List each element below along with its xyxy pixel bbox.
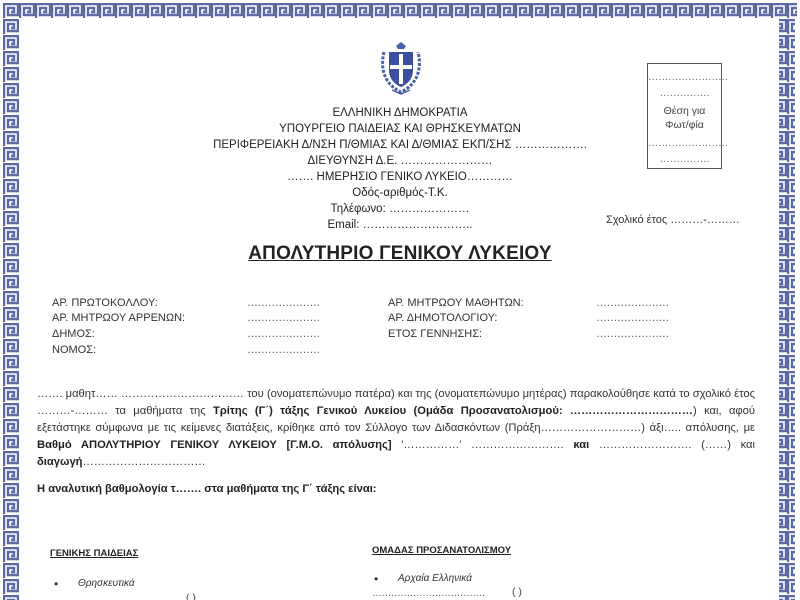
document-title: ΑΠΟΛΥΤΗΡΙΟ ΓΕΝΙΚΟΥ ΛΥΚΕΙΟΥ <box>0 243 800 265</box>
field-label-municipality: ΔΗΜΟΣ: <box>52 328 95 340</box>
subject-ancient-greek: • Αρχαία Ελληνικά <box>398 573 472 584</box>
grade-religion: ( ) <box>186 592 196 600</box>
field-value-male-register: ………………… <box>247 312 320 324</box>
header-line-regional-directorate: ΠΕΡΙΦΕΡΕΙΑΚΗ Δ/ΝΣΗ Π/ΘΜΙΑΣ ΚΑΙ Δ/ΘΜΙΑΣ Ε… <box>200 138 600 154</box>
photo-dots-top2: …………… <box>648 88 721 98</box>
para-bold-3: και <box>573 439 589 451</box>
section-title-general: ΓΕΝΙΚΗΣ ΠΑΙΔΕΙΑΣ <box>50 548 138 559</box>
photo-dots-bottom2: …………… <box>648 154 721 164</box>
header-line-email: Email: ……………………….. <box>200 218 600 234</box>
subject-religion: • Θρησκευτικά <box>78 578 135 589</box>
greek-coat-of-arms-icon <box>378 40 424 98</box>
header-line-ministry: ΥΠΟΥΡΓΕΙΟ ΠΑΙΔΕΙΑΣ ΚΑΙ ΘΡΗΣΚΕΥΜΑΤΩΝ <box>200 122 600 138</box>
photo-placeholder: …………………… …………… Θέση για Φωτ/φία ……………………… <box>647 63 722 169</box>
photo-label-line2: Φωτ/φία <box>648 118 721 132</box>
para-bold-4: διαγωγή <box>37 456 83 468</box>
field-value-citizen-register: ………………… <box>596 312 669 324</box>
header-line-address: Οδός-αριθμός-Τ.Κ. <box>200 186 600 202</box>
header-line-republic: ΕΛΛΗΝΙΚΗ ΔΗΜΟΚΡΑΤΙΑ <box>200 106 600 122</box>
field-label-prefecture: ΝΟΜΟΣ: <box>52 344 96 356</box>
document-page: ΕΛΛΗΝΙΚΗ ΔΗΜΟΚΡΑΤΙΑ ΥΠΟΥΡΓΕΙΟ ΠΑΙΔΕΙΑΣ Κ… <box>0 0 800 600</box>
field-value-birth-year: ………………… <box>596 328 669 340</box>
field-value-student-register: ………………… <box>596 297 669 309</box>
analytic-grades-heading: Η αναλυτική βαθμολογία τ……. στα μαθήματα… <box>37 483 377 495</box>
header-line-school: ……. ΗΜΕΡΗΣΙΟ ΓΕΝΙΚΟ ΛΥΚΕΙΟ………… <box>200 170 600 186</box>
photo-dots-top: …………………… <box>648 72 721 82</box>
field-label-student-register: ΑΡ. ΜΗΤΡΩΟΥ ΜΑΘΗΤΩΝ: <box>388 297 524 309</box>
field-label-citizen-register: ΑΡ. ΔΗΜΟΤΟΛΟΓΙΟΥ: <box>388 312 497 324</box>
field-value-prefecture: ………………… <box>247 344 320 356</box>
school-year: Σχολικό έτος ………-……… <box>606 214 740 226</box>
field-label-protocol: ΑΡ. ΠΡΩΤΟΚΟΛΛΟΥ: <box>52 297 158 309</box>
photo-dots-bottom: …………………… <box>648 138 721 148</box>
para-text-3: '……………' ……………………. <box>392 439 574 451</box>
para-text-4: ……………………. (……) και <box>589 439 755 451</box>
ancient-greek-dots: ……………………………… <box>372 588 485 599</box>
field-label-birth-year: ΕΤΟΣ ΓΕΝΝΗΣΗΣ: <box>388 328 482 340</box>
bullet-icon: • <box>54 577 58 591</box>
field-value-protocol: ………………… <box>247 297 320 309</box>
photo-label-line1: Θέση για <box>648 104 721 118</box>
field-value-municipality: ………………… <box>247 328 320 340</box>
para-text-5: …………………………… <box>83 456 206 468</box>
para-bold-1: Τρίτης (Γ΄) τάξης Γενικού Λυκείου (Ομάδα… <box>213 405 693 417</box>
bullet-icon: • <box>374 572 378 586</box>
subject-name: Αρχαία Ελληνικά <box>398 573 472 584</box>
header-line-directorate: ΔΙΕΥΘΥΝΣΗ Δ.Ε. …………………… <box>200 154 600 170</box>
certificate-paragraph: ……. μαθητ…… …………………………… του (ονοματεπώνυ… <box>37 386 755 471</box>
grade-ancient-greek: ( ) <box>512 586 522 598</box>
subject-name: Θρησκευτικά <box>78 578 135 589</box>
field-label-male-register: ΑΡ. ΜΗΤΡΩΟΥ ΑΡΡΕΝΩΝ: <box>52 312 185 324</box>
para-bold-2: Βαθμό ΑΠΟΛΥΤΗΡΙΟΥ ΓΕΝΙΚΟΥ ΛΥΚΕΙΟΥ [Γ.Μ.Ο… <box>37 439 392 451</box>
header-line-phone: Τηλέφωνο: ………………… <box>200 202 600 218</box>
section-title-orientation: ΟΜΑΔΑΣ ΠΡΟΣΑΝΑΤΟΛΙΣΜΟΥ <box>372 545 511 556</box>
